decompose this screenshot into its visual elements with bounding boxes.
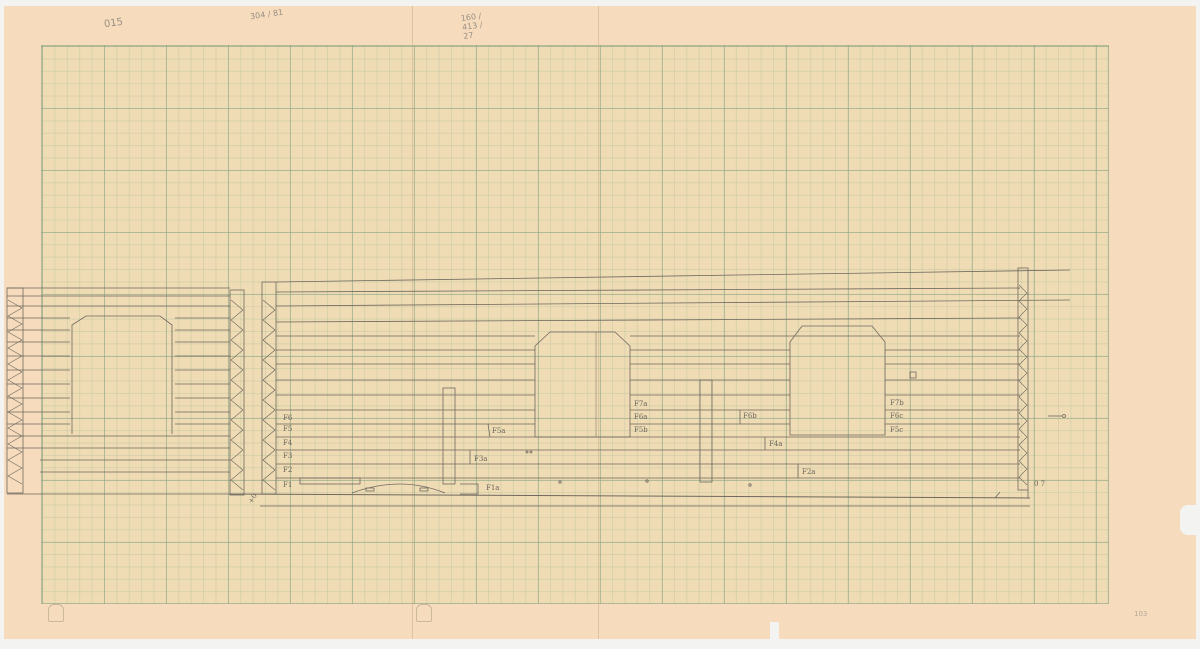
- post: [443, 388, 455, 484]
- panel-label: F7b: [890, 399, 904, 407]
- panel-label: F6c: [890, 412, 903, 420]
- panel-label: F5a: [492, 427, 505, 435]
- panel-label: F5b: [634, 426, 648, 434]
- panel-label: F7a: [634, 400, 647, 408]
- panel-label: F5c: [890, 426, 903, 434]
- course-label: F4: [283, 439, 293, 447]
- panel-label: F4a: [769, 440, 782, 448]
- course-label: F6: [283, 414, 293, 422]
- course-label: F1: [283, 481, 292, 489]
- panel-label: F6a: [634, 413, 647, 421]
- elevation-drawing: F6 F5 F4 F3 F2 F1 F5a F3a F1a F7a F6a F5…: [0, 0, 1200, 649]
- pier-right: [262, 282, 276, 494]
- panel-label: F2a: [802, 468, 815, 476]
- right-window-opening: [790, 326, 885, 435]
- course-label: F3: [283, 452, 292, 460]
- course-label: F2: [283, 466, 292, 474]
- datum-mark: 0 7: [1034, 480, 1045, 488]
- panel-label: F3a: [474, 455, 487, 463]
- panel-label: F6b: [743, 412, 757, 420]
- left-end-pier: [7, 288, 23, 493]
- panel-label: F1a: [486, 484, 499, 492]
- middle-window-opening: [535, 332, 630, 437]
- left-window-opening: [72, 316, 172, 434]
- course-label: F5: [283, 425, 292, 433]
